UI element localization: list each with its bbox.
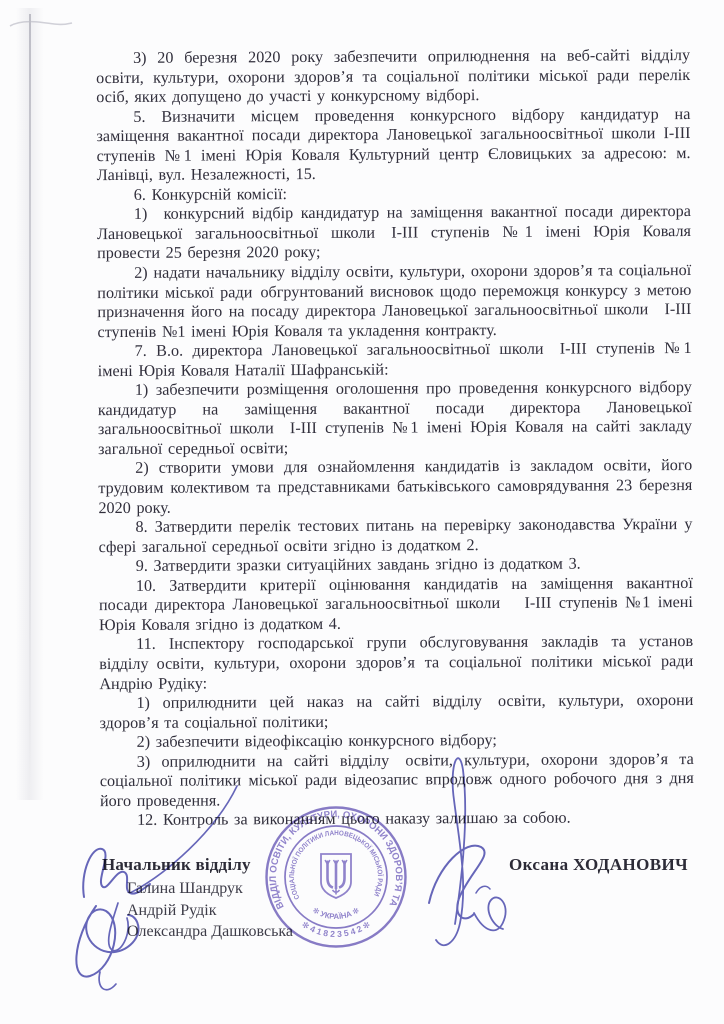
stamp-inner-circle (285, 826, 387, 928)
cosigner-name: Галина Шандрук (127, 880, 243, 898)
paragraph-7: 7. В.о. директора Лановецької загальноос… (98, 339, 692, 381)
cosigner-name: Андрій Рудік (127, 902, 217, 920)
paragraph-11: 11. Інспектору господарської групи обслу… (99, 632, 693, 694)
paragraph-6-2: 2) надати начальнику відділу освіти, кул… (97, 261, 691, 342)
scan-edge-mark (6, 14, 76, 34)
paragraph-6-1: 1) конкурсний відбір кандидатур на заміщ… (97, 202, 691, 264)
signature-left-3 (99, 972, 116, 990)
paragraph-3: 3) 20 березня 2020 року забезпечити опри… (96, 46, 690, 108)
trident-emblem-icon (321, 854, 351, 898)
paragraph-11-3: 3) оприлюднити на сайті відділу освіти, … (100, 750, 694, 812)
paragraph-11-1: 1) оприлюднити цей наказ на сайті відділ… (99, 691, 693, 733)
cosigner-name: Олександра Дашковська (127, 923, 293, 941)
signature-right-3 (474, 897, 506, 930)
scanned-order-document: 3) 20 березня 2020 року забезпечити опри… (0, 0, 724, 1024)
stamp-code-text: ✻ 4 1 8 2 3 5 4 2 ✻ (300, 919, 372, 939)
paragraph-12: 12. Контроль за виконанням цього наказу … (100, 808, 694, 831)
signature-right-4 (476, 886, 490, 893)
paragraph-7-2: 2) створити умови для ознайомлення канди… (98, 456, 692, 518)
paragraph-7-1: 1) забезпечити розміщення оголошення про… (98, 378, 692, 459)
paragraph-5: 5. Визначити місцем проведення конкурсно… (96, 105, 690, 186)
signoff-head-name: Оксана ХОДАНОВИЧ (509, 855, 688, 875)
paragraph-8: 8. Затвердити перелік тестових питань на… (98, 515, 692, 557)
stamp-inner-ring-text: СОЦІАЛЬНОЇ ПОЛІТИКИ ЛАНОВЕЦЬКОЇ МІСЬКОЇ … (289, 830, 384, 900)
signature-left-4 (109, 903, 129, 951)
document-body: 3) 20 березня 2020 року забезпечити опри… (96, 46, 694, 831)
signoff-position-title: Начальник відділу (102, 855, 251, 875)
stamp-country-text: ✻ УКРАЇНА ✻ (311, 906, 361, 921)
scan-fold-line (29, 14, 31, 786)
signature-right-1 (429, 846, 485, 919)
paragraph-10: 10. Затвердити критерії оцінювання канди… (99, 574, 693, 636)
scan-fold-shadow (16, 8, 44, 800)
